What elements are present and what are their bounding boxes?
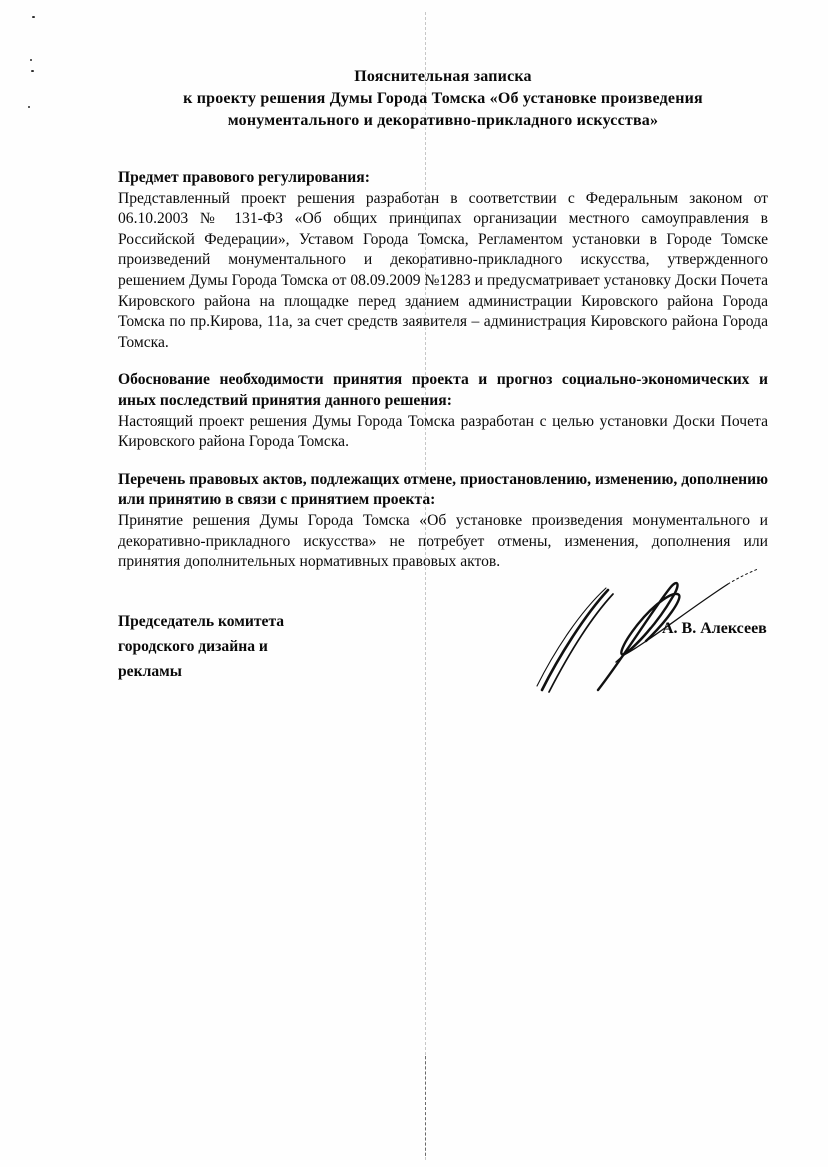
signature-role-line-1: Председатель комитета	[118, 609, 378, 634]
title-line-1: Пояснительная записка	[118, 66, 768, 88]
section-justification: Обоснование необходимости принятия проек…	[118, 370, 768, 452]
section-subject: Предмет правового регулирования: Предста…	[118, 168, 768, 353]
signature-role-block: Председатель комитета городского дизайна…	[118, 609, 378, 684]
scan-speckle	[28, 106, 30, 108]
scan-speckle	[30, 59, 32, 61]
scanned-document-page: Пояснительная записка к проекту решения …	[0, 0, 828, 1167]
document-title: Пояснительная записка к проекту решения …	[118, 66, 768, 132]
signature-role-line-3: рекламы	[118, 659, 378, 684]
section-heading: Предмет правового регулирования:	[118, 168, 768, 189]
section-heading: Перечень правовых актов, подлежащих отме…	[118, 470, 768, 511]
title-line-3: монументального и декоративно-прикладног…	[118, 110, 768, 132]
section-legal-acts: Перечень правовых актов, подлежащих отме…	[118, 470, 768, 573]
section-body: Настоящий проект решения Думы Города Том…	[118, 412, 768, 453]
scan-speckle	[31, 70, 34, 72]
scan-speckle	[32, 16, 35, 18]
signature-role-line-2: городского дизайна и	[118, 634, 378, 659]
section-body: Представленный проект решения разработан…	[118, 189, 768, 354]
fold-line-bottom-segment	[425, 1056, 426, 1156]
signer-name: А. В. Алексеев	[662, 620, 767, 638]
title-line-2: к проекту решения Думы Города Томска «Об…	[118, 88, 768, 110]
section-heading: Обоснование необходимости принятия проек…	[118, 370, 768, 411]
